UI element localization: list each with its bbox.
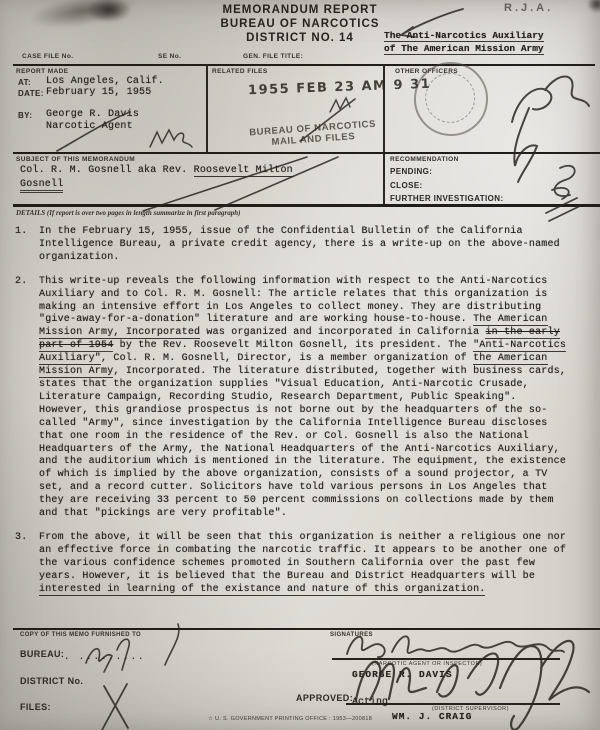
date-value: February 15, 1955 — [46, 87, 151, 98]
memorandum-report-scan: MEMORANDUM REPORT BUREAU OF NARCOTICS DI… — [0, 0, 600, 730]
corner-initials-stamp: R.J.A. — [504, 2, 553, 14]
district-no-label: DISTRICT No. — [20, 676, 83, 686]
paragraph-text: In the February 15, 1955, issue of the C… — [39, 226, 567, 265]
hand-files-x-mark — [102, 684, 128, 730]
se-no-label: SE No. — [158, 53, 181, 60]
subject-label: SUBJECT OF THIS MEMORANDUM — [16, 156, 135, 163]
gpo-imprint: ☆ U. S. GOVERNMENT PRINTING OFFICE : 195… — [208, 716, 372, 722]
recommendation-label: RECOMMENDATION — [390, 156, 459, 163]
copy-furnished-label: COPY OF THIS MEMO FURNISHED TO — [20, 632, 141, 638]
by-value-name: George R. Davis — [46, 109, 139, 120]
paragraph-text: This write-up reveals the following info… — [39, 276, 567, 521]
case-file-no-label: CASE FILE No. — [22, 53, 73, 60]
supervisor-signature-scrawl — [356, 641, 589, 730]
report-made-label: REPORT MADE — [16, 68, 68, 75]
acting-note: Acting — [352, 697, 388, 708]
agent-typed-name: GEORGE R. DAVIS — [352, 669, 453, 680]
details-note: DETAILS (If report is over two pages in … — [16, 209, 240, 217]
gen-file-title-value-line1: The Anti-Narcotics Auxiliary — [384, 30, 544, 41]
mail-and-files-stamp: BUREAU OF NARCOTICS MAIL AND FILES — [237, 118, 388, 150]
paragraph-2: 2. This write-up reveals the following i… — [15, 276, 567, 521]
paragraph-1: 1. In the February 15, 1955, issue of th… — [15, 226, 567, 265]
agent-line-caption: (NARCOTIC AGENT OR INSPECTOR) — [372, 661, 482, 667]
at-label: AT: — [18, 78, 31, 87]
gen-file-title-label: GEN. FILE TITLE: — [243, 53, 303, 60]
subject-value-line2: Gosnell — [20, 179, 63, 190]
approved-label: APPROVED: — [296, 693, 353, 703]
divider-line — [13, 628, 600, 630]
paragraph-number: 2. — [15, 276, 39, 521]
treasury-seal-inner-circle — [422, 70, 478, 126]
related-files-label: RELATED FILES — [212, 68, 268, 75]
date-label: DATE: — [18, 89, 44, 98]
agent-signature-line — [332, 658, 560, 660]
at-value: Los Angeles, Calif. — [46, 76, 164, 87]
further-investigation-label: FURTHER INVESTIGATION: — [390, 194, 504, 203]
divider-line — [13, 64, 595, 66]
report-body: 1. In the February 15, 1955, issue of th… — [15, 226, 567, 607]
bureau-title: BUREAU OF NARCOTICS — [0, 18, 600, 30]
bureau-handwritten-dots: . ......... — [64, 652, 145, 662]
paragraph-number: 3. — [15, 532, 39, 597]
hand-double-slash — [546, 198, 580, 221]
by-label: BY: — [18, 111, 32, 120]
hand-initials-mr — [150, 130, 192, 147]
files-label: FILES: — [20, 702, 51, 712]
by-value-title: Narcotic Agent — [46, 121, 133, 132]
signatures-label: SIGNATURES — [330, 632, 373, 638]
close-label: CLOSE: — [390, 181, 423, 190]
paragraph-number: 1. — [15, 226, 39, 265]
received-date-stamp: 1955 FEB 23 AM 9 31 — [248, 77, 432, 98]
divider-line — [13, 204, 600, 207]
paragraph-3: 3. From the above, it will be seen that … — [15, 532, 567, 597]
hand-initials-mr-small — [330, 98, 350, 112]
column-divider — [206, 64, 208, 153]
agent-signature-scrawl — [347, 636, 564, 657]
supervisor-typed-name: WM. J. CRAIG — [392, 711, 472, 722]
divider-line — [13, 152, 600, 154]
paragraph-text: From the above, it will be seen that thi… — [39, 532, 567, 597]
hand-figure-eight — [552, 166, 575, 199]
hand-scrawl-right — [512, 77, 589, 183]
pending-label: PENDING: — [390, 167, 432, 176]
subject-value-line1: Col. R. M. Gosnell aka Rev. Roosevelt Mi… — [20, 165, 293, 176]
bureau-label: BUREAU: — [20, 649, 64, 659]
gen-file-title-value-line2: of The American Mission Army — [384, 43, 544, 54]
